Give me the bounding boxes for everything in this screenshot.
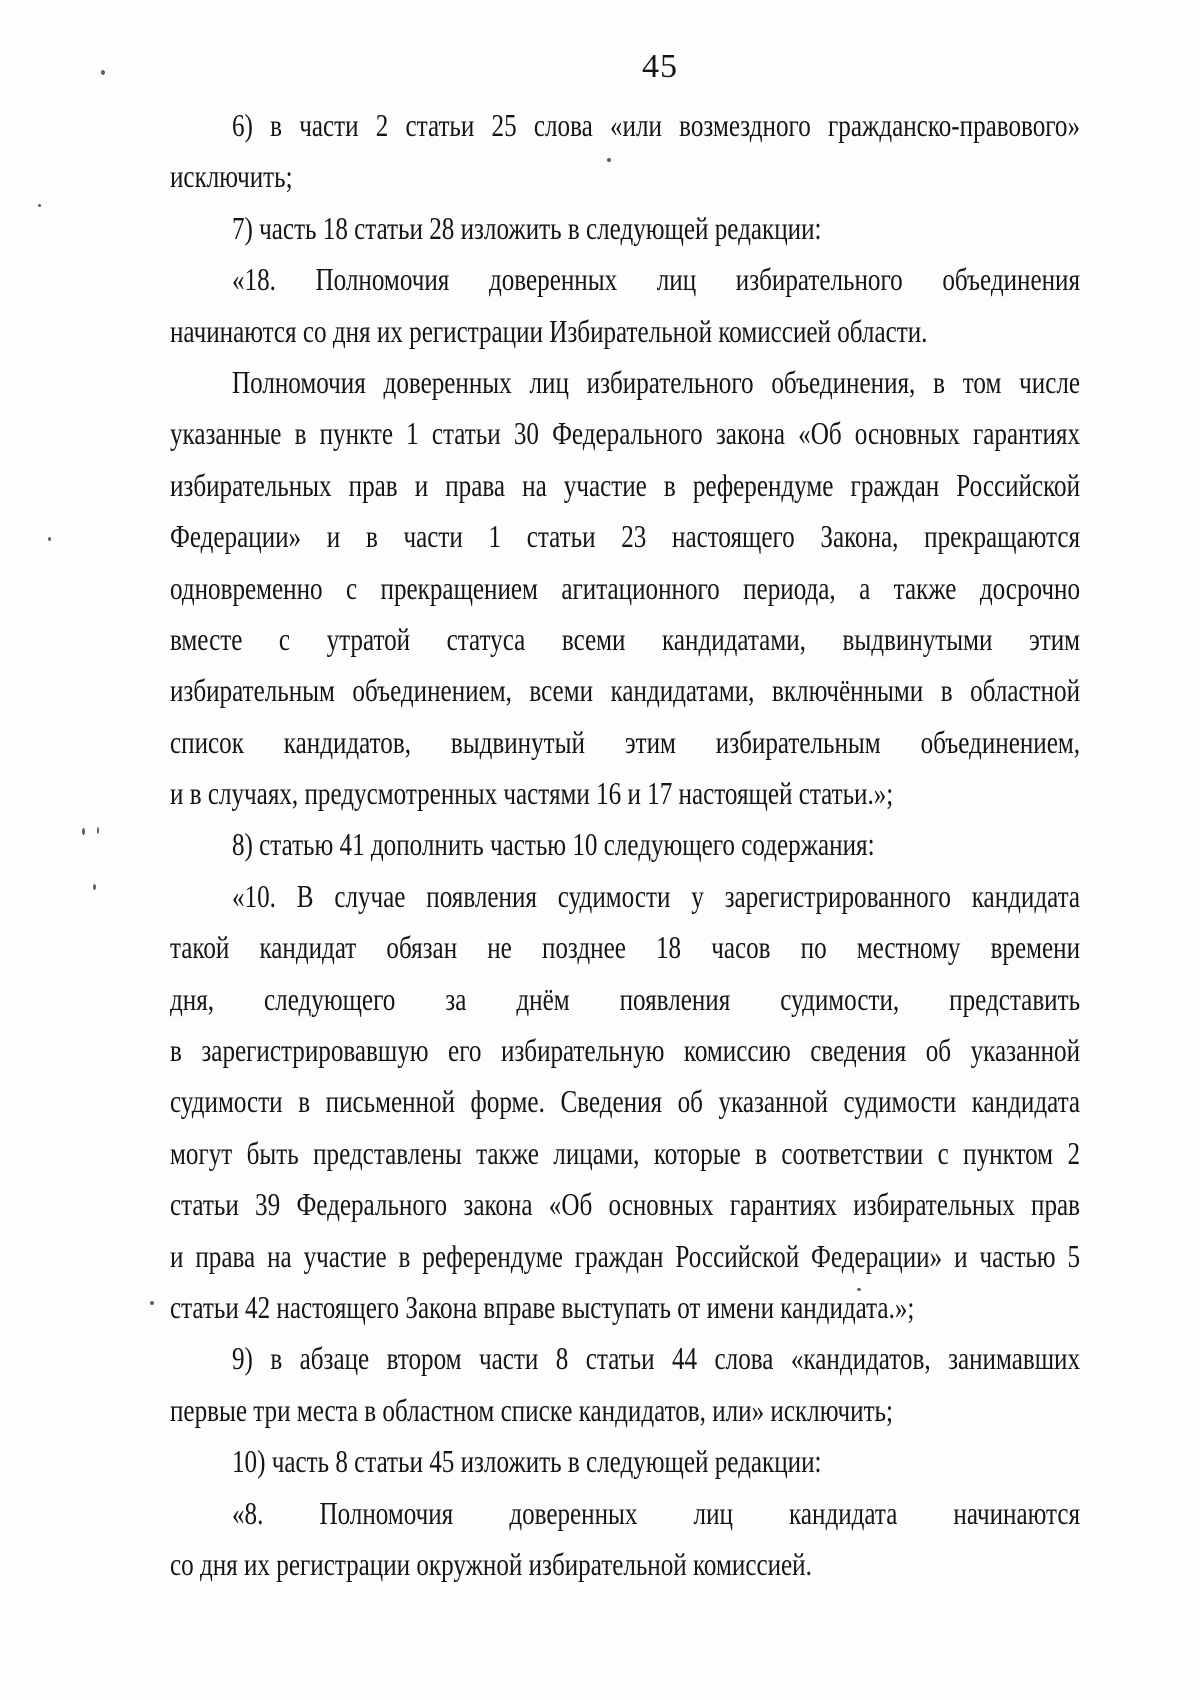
page-number: 45: [170, 48, 1150, 86]
scan-speckle: [48, 537, 51, 541]
text-lines: 6) в части 2 статьи 25 слова «или возмез…: [170, 100, 1080, 1590]
text-line: такой кандидат обязан не позднее 18 часо…: [170, 922, 1080, 973]
text-line: статьи 39 Федерального закона «Об основн…: [170, 1179, 1080, 1230]
text-line: избирательным объединением, всеми кандид…: [170, 665, 1080, 716]
text-line: и права на участие в референдуме граждан…: [170, 1231, 1080, 1282]
text-line: 6) в части 2 статьи 25 слова «или возмез…: [170, 100, 1080, 151]
text-line: избирательных прав и права на участие в …: [170, 460, 1080, 511]
text-line: исключить;: [170, 151, 1080, 202]
text-line: вместе с утратой статуса всеми кандидата…: [170, 614, 1080, 665]
scan-speckle: [607, 158, 611, 162]
text-line: 10) часть 8 статьи 45 изложить в следующ…: [170, 1436, 1080, 1487]
document-page: 45 6) в части 2 статьи 25 слова «или воз…: [0, 0, 1200, 1700]
text-line: начинаются со дня их регистрации Избират…: [170, 306, 1080, 357]
scan-speckle: [101, 70, 105, 75]
scan-speckle: [857, 1288, 861, 1291]
scan-speckle: [93, 884, 96, 890]
text-line: судимости в письменной форме. Сведения о…: [170, 1076, 1080, 1127]
text-line: «8. Полномочия доверенных лиц кандидата …: [170, 1488, 1080, 1539]
text-line: 8) статью 41 дополнить частью 10 следующ…: [170, 819, 1080, 870]
text-line: со дня их регистрации окружной избирател…: [170, 1539, 1080, 1590]
text-line: «10. В случае появления судимости у заре…: [170, 871, 1080, 922]
scan-speckle: [97, 827, 99, 834]
text-line: Полномочия доверенных лиц избирательного…: [170, 357, 1080, 408]
scan-speckle: [82, 828, 85, 835]
text-line: «18. Полномочия доверенных лиц избирател…: [170, 254, 1080, 305]
text-line: список кандидатов, выдвинутый этим избир…: [170, 717, 1080, 768]
text-line: одновременно с прекращением агитационног…: [170, 563, 1080, 614]
scan-speckle: [38, 204, 41, 207]
text-line: указанные в пункте 1 статьи 30 Федеральн…: [170, 408, 1080, 459]
text-line: 9) в абзаце втором части 8 статьи 44 сло…: [170, 1333, 1080, 1384]
text-line: в зарегистрировавшую его избирательную к…: [170, 1025, 1080, 1076]
text-line: могут быть представлены также лицами, ко…: [170, 1128, 1080, 1179]
scan-speckle: [150, 1301, 154, 1305]
text-line: Федерации» и в части 1 статьи 23 настоящ…: [170, 511, 1080, 562]
text-line: и в случаях, предусмотренных частями 16 …: [170, 768, 1080, 819]
text-line: статьи 42 настоящего Закона вправе высту…: [170, 1282, 1080, 1333]
text-line: 7) часть 18 статьи 28 изложить в следующ…: [170, 203, 1080, 254]
text-line: первые три места в областном списке канд…: [170, 1385, 1080, 1436]
text-line: дня, следующего за днём появления судимо…: [170, 974, 1080, 1025]
